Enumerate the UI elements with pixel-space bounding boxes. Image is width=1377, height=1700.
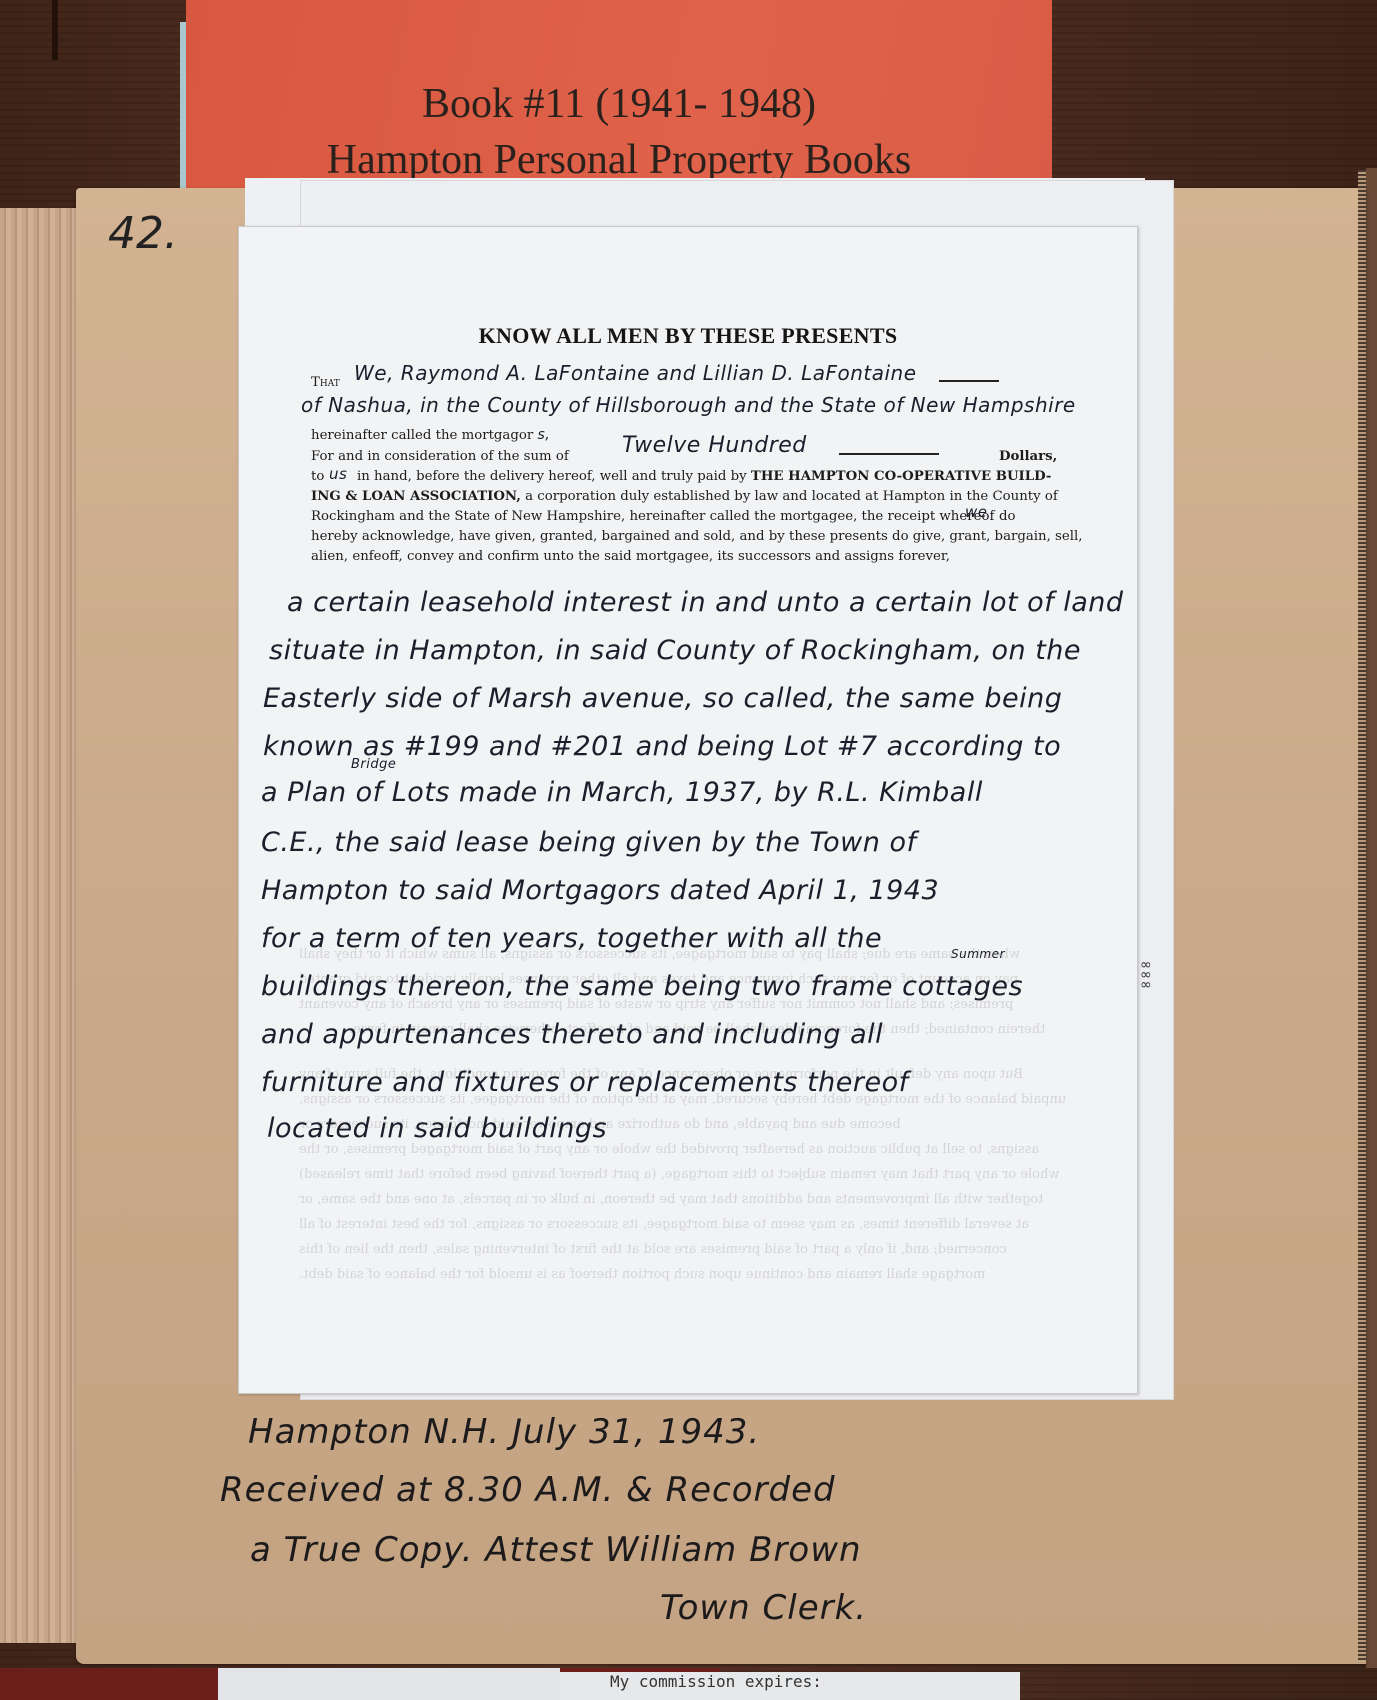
cover-title-book: Book #11 (1941- 1948) — [186, 80, 1052, 128]
fill-line — [839, 453, 939, 455]
association-name: THE HAMPTON CO-OPERATIVE BUILD- — [751, 469, 1052, 484]
attestation: a True Copy. Attest William Brown — [250, 1530, 862, 1570]
show-through-text: concerned; and, if only a part of said p… — [299, 1242, 1007, 1257]
printed-text: a corporation duly established by law an… — [525, 489, 1058, 504]
show-through-text: together with all improvements and addit… — [299, 1192, 1043, 1207]
cover-title-collection: Hampton Personal Property Books — [186, 136, 1052, 184]
commission-expires-text: My commission expires: — [560, 1672, 1020, 1700]
mortgagor-names: We, Raymond A. LaFontaine and Lillian D.… — [354, 361, 917, 385]
property-description-line: Easterly side of Marsh avenue, so called… — [263, 683, 1062, 714]
interlinear-summer: Summer — [951, 947, 1005, 961]
deed-title: KNOW ALL MEN BY THESE PRESENTS — [239, 323, 1137, 349]
printed-mortgagor-clause: hereinafter called the mortgagor s, — [311, 427, 550, 443]
printed-consideration: For and in consideration of the sum of — [311, 449, 569, 464]
handwritten-we: we — [965, 503, 988, 521]
handwritten-us: us — [329, 465, 347, 483]
property-description-line: a certain leasehold interest in and unto… — [287, 587, 1124, 618]
mortgagor-residence: of Nashua, in the County of Hillsborough… — [301, 393, 1076, 417]
show-through-text: mortgage shall remain and continue upon … — [299, 1267, 985, 1282]
property-description-line: Hampton to said Mortgagors dated April 1… — [261, 875, 939, 906]
table-surface — [52, 0, 58, 60]
underlying-page — [218, 1668, 560, 1700]
clerk-title: Town Clerk. — [660, 1588, 867, 1628]
printed-do: do — [999, 509, 1016, 524]
printed-dollars: Dollars, — [999, 449, 1057, 464]
mortgage-deed: when the same are due; shall pay to said… — [238, 226, 1138, 1394]
perforated-edge — [1358, 170, 1366, 1660]
property-description-line: located in said buildings — [267, 1113, 607, 1144]
cover-sheet: Book #11 (1941- 1948) Hampton Personal P… — [186, 0, 1052, 200]
property-description-line: C.E., the said lease being given by the … — [261, 827, 916, 858]
show-through-text: whole or any part that may remain subjec… — [299, 1167, 1059, 1182]
recording-time: Received at 8.30 A.M. & Recorded — [220, 1470, 836, 1510]
property-description-line: for a term of ten years, together with a… — [261, 923, 882, 954]
margin-scribble: ∞∞∞ — [1140, 960, 1166, 1010]
printed-payment-clause: in hand, before the delivery hereof, wel… — [357, 469, 1051, 484]
property-description-line: buildings thereon, the same being two fr… — [261, 971, 1023, 1002]
book-right-edge — [1366, 168, 1377, 1668]
show-through-text: at several different times, as may seem … — [299, 1217, 1029, 1232]
show-through-text: assigns, to sell at public auction as he… — [299, 1142, 1039, 1157]
fill-line — [939, 380, 999, 382]
property-description-line: furniture and fixtures or replacements t… — [261, 1067, 909, 1098]
property-description-line: a Plan of Lots made in March, 1937, by R… — [261, 777, 983, 808]
printed-convey-clause: alien, enfeoff, convey and confirm unto … — [311, 549, 950, 564]
printed-text: in hand, before the delivery hereof, wel… — [357, 469, 747, 484]
printed-to: to — [311, 469, 324, 484]
page-number: 42. — [108, 208, 178, 259]
recording-date: Hampton N.H. July 31, 1943. — [248, 1412, 760, 1452]
sum-amount: Twelve Hundred — [622, 433, 807, 458]
property-description-line: situate in Hampton, in said County of Ro… — [269, 635, 1081, 666]
property-description-line: and appurtenances thereto and including … — [261, 1019, 883, 1050]
printed-receipt-clause: Rockingham and the State of New Hampshir… — [311, 509, 994, 524]
handwritten-plural: s, — [537, 427, 550, 443]
printed-that: That — [311, 375, 340, 390]
printed-grant-clause: hereby acknowledge, have given, granted,… — [311, 529, 1083, 544]
interlinear-bridge: Bridge — [351, 757, 396, 772]
printed-text: hereinafter called the mortgagor — [311, 428, 533, 443]
association-name-cont: ING & LOAN ASSOCIATION, — [311, 489, 521, 504]
printed-association-clause: ING & LOAN ASSOCIATION, a corporation du… — [311, 489, 1058, 504]
